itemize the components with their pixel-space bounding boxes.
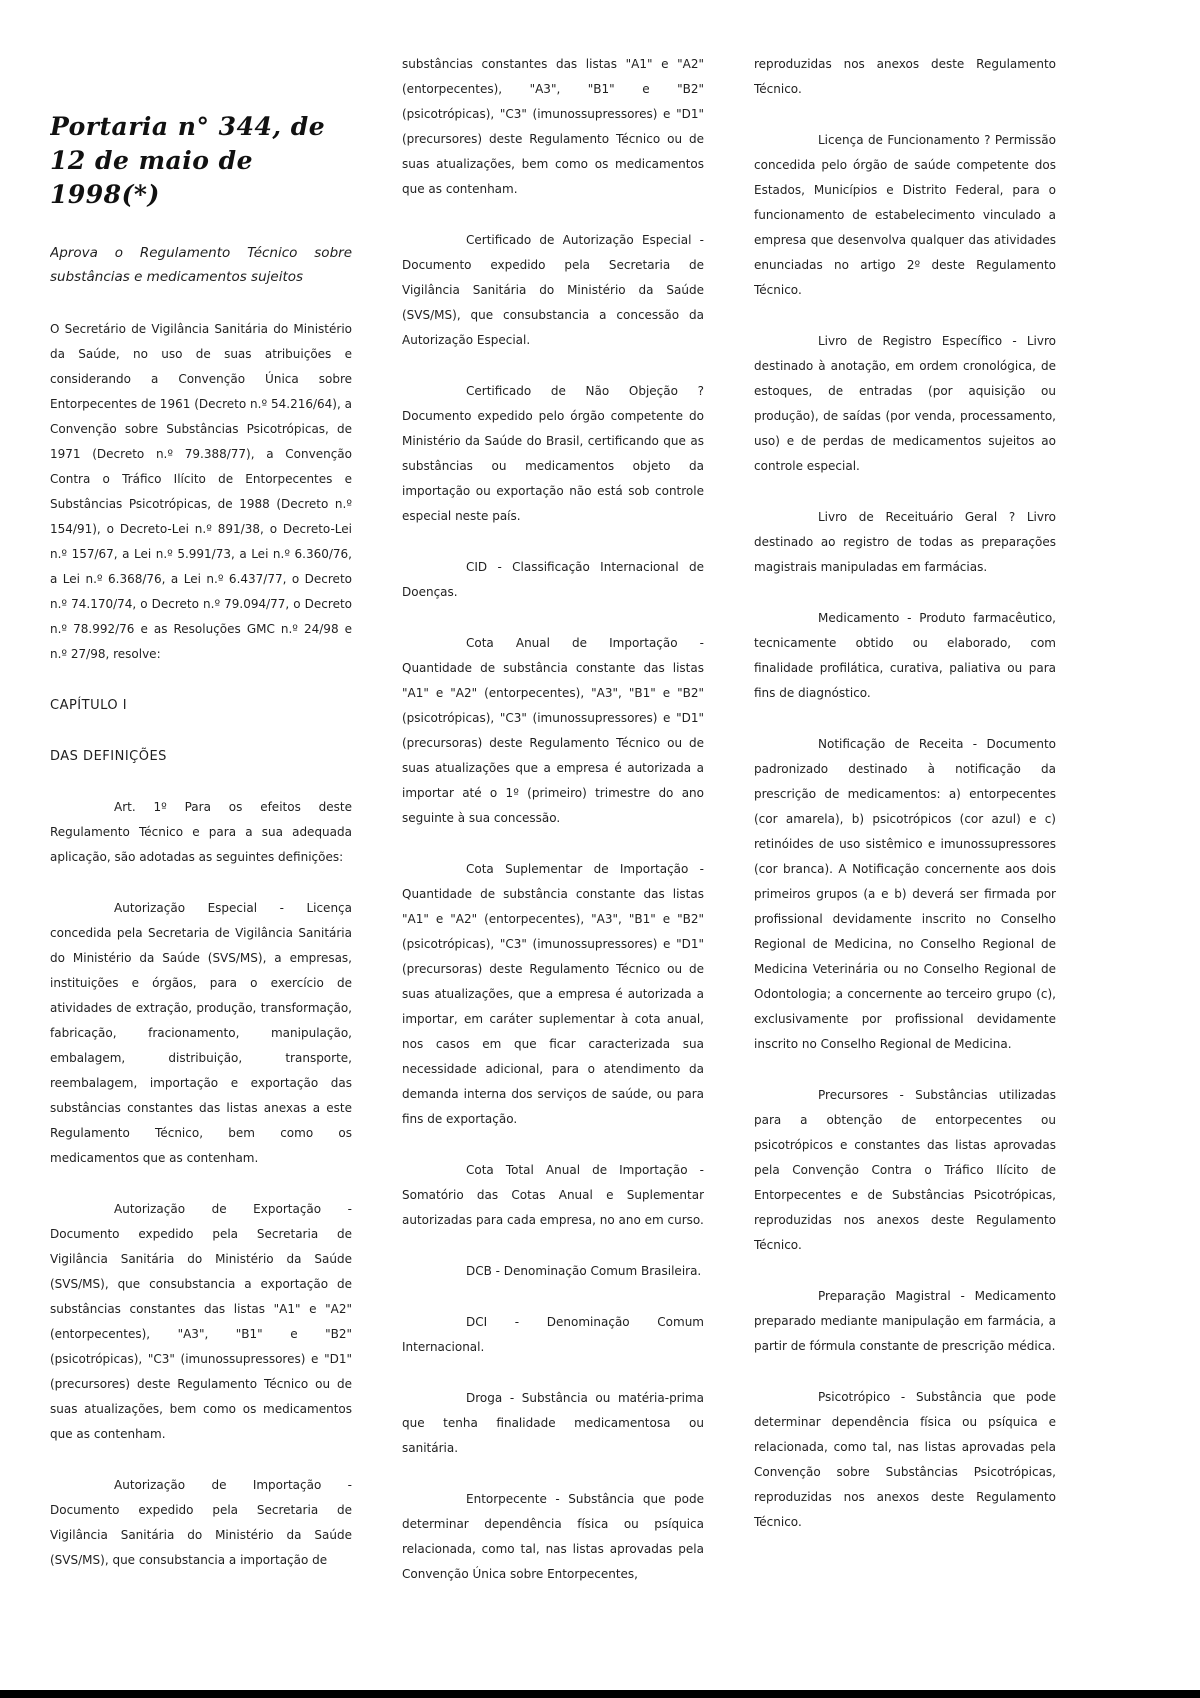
column-1: Portaria n° 344, de 12 de maio de 1998(*…	[50, 52, 352, 1652]
definition-cota-anual-importacao: Cota Anual de Importação - Quantidade de…	[402, 631, 704, 831]
definition-psicotropico: Psicotrópico - Substância que pode deter…	[754, 1385, 1056, 1535]
definition-livro-receituario-geral: Livro de Receituário Geral ? Livro desti…	[754, 505, 1056, 580]
document-subtitle: Aprova o Regulamento Técnico sobre subst…	[50, 241, 352, 289]
definition-medicamento: Medicamento - Produto farmacêutico, tecn…	[754, 606, 1056, 706]
definition-certificado-autorizacao-especial: Certificado de Autorização Especial - Do…	[402, 228, 704, 353]
continuation-paragraph: reproduzidas nos anexos deste Regulament…	[754, 52, 1056, 102]
definition-entorpecente: Entorpecente - Substância que pode deter…	[402, 1487, 704, 1587]
definition-autorizacao-especial: Autorização Especial - Licença concedida…	[50, 896, 352, 1171]
definition-notificacao-receita: Notificação de Receita - Documento padro…	[754, 732, 1056, 1057]
preamble-paragraph: O Secretário de Vigilância Sanitária do …	[50, 317, 352, 667]
section-heading-definitions: DAS DEFINIÇÕES	[50, 744, 352, 769]
article-1-paragraph: Art. 1º Para os efeitos deste Regulament…	[50, 795, 352, 870]
definition-cid: CID - Classificação Internacional de Doe…	[402, 555, 704, 605]
definition-cota-suplementar-importacao: Cota Suplementar de Importação - Quantid…	[402, 857, 704, 1132]
column-2: substâncias constantes das listas "A1" e…	[402, 52, 704, 1652]
definition-autorizacao-importacao: Autorização de Importação - Documento ex…	[50, 1473, 352, 1573]
definition-cota-total-anual: Cota Total Anual de Importação - Somatór…	[402, 1158, 704, 1233]
definition-droga: Droga - Substância ou matéria-prima que …	[402, 1386, 704, 1461]
page-title: Portaria n° 344, de 12 de maio de 1998(*…	[50, 110, 352, 211]
continuation-paragraph: substâncias constantes das listas "A1" e…	[402, 52, 704, 202]
definition-preparacao-magistral: Preparação Magistral - Medicamento prepa…	[754, 1284, 1056, 1359]
document-page: Portaria n° 344, de 12 de maio de 1998(*…	[0, 0, 1200, 1698]
definition-dcb: DCB - Denominação Comum Brasileira.	[402, 1259, 704, 1284]
definition-autorizacao-exportacao: Autorização de Exportação - Documento ex…	[50, 1197, 352, 1447]
definition-livro-registro-especifico: Livro de Registro Específico - Livro des…	[754, 329, 1056, 479]
definition-certificado-nao-objecao: Certificado de Não Objeção ? Documento e…	[402, 379, 704, 529]
definition-dci: DCI - Denominação Comum Internacional.	[402, 1310, 704, 1360]
column-3: reproduzidas nos anexos deste Regulament…	[754, 52, 1056, 1652]
column-layout: Portaria n° 344, de 12 de maio de 1998(*…	[50, 52, 1056, 1652]
definition-precursores: Precursores - Substâncias utilizadas par…	[754, 1083, 1056, 1258]
page-bottom-edge	[0, 1690, 1200, 1698]
chapter-heading: CAPÍTULO I	[50, 693, 352, 718]
definition-licenca-funcionamento: Licença de Funcionamento ? Permissão con…	[754, 128, 1056, 303]
